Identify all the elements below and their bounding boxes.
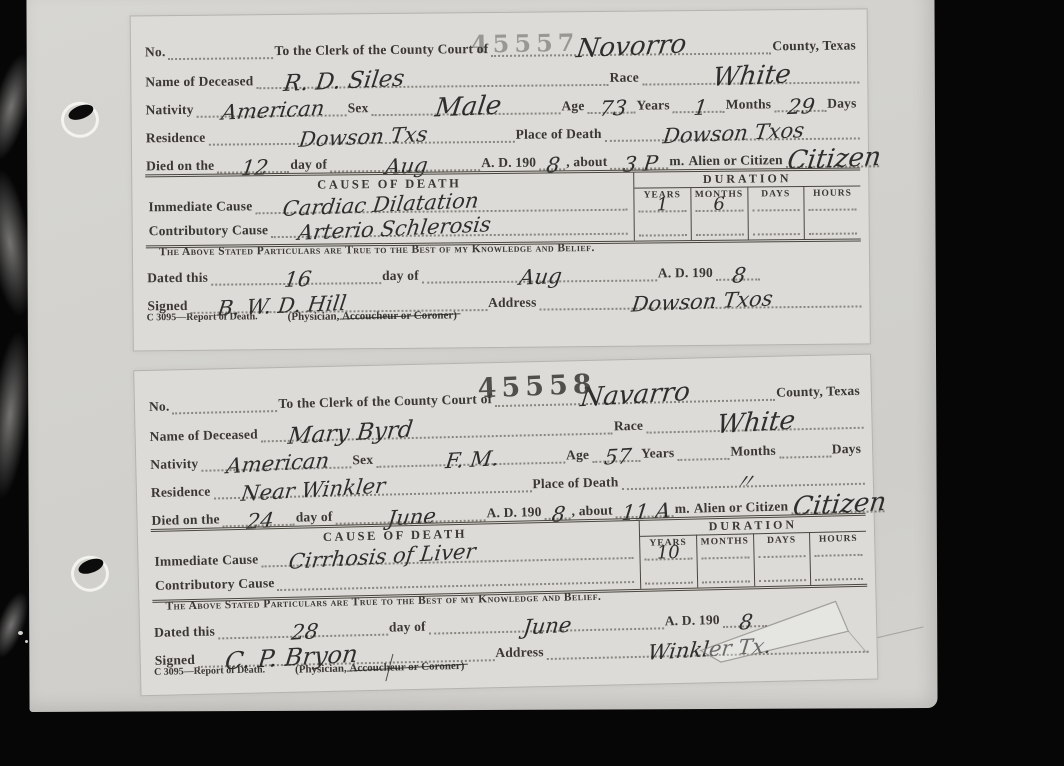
dated-year-line: 8	[716, 254, 760, 280]
physician-note-struck: Accoucheur or Coroner)	[342, 309, 457, 322]
handwritten-contributory-cause: Arterio Schlerosis	[297, 217, 492, 242]
duration-column: DURATION YEARS 10 MONTHS DAYS	[639, 516, 867, 589]
physician-note: (Physician, Accoucheur or Coroner)	[295, 660, 465, 676]
duration-cells: YEARS 10 MONTHS DAYS	[640, 531, 867, 589]
duration-hours-cell: HOURS	[809, 531, 867, 585]
cause-column: CAUSE OF DEATH Immediate Cause Cirrhosis…	[151, 521, 640, 600]
age-days-line	[778, 432, 831, 459]
scanned-page: No. To the Clerk of the County Court of …	[26, 0, 937, 712]
died-month-line: June	[335, 495, 486, 524]
about-label: , about	[565, 154, 610, 170]
months-column-header: MONTHS	[697, 533, 753, 547]
physician-note-prefix: (Physician,	[288, 310, 340, 322]
day-of-label: day of	[289, 157, 330, 173]
age-days-line: 29	[774, 86, 826, 112]
m-label: m.	[674, 501, 693, 517]
physician-note: (Physician, Accoucheur or Coroner)	[288, 309, 457, 323]
no-line	[172, 386, 278, 414]
age-years-line: 57	[592, 436, 641, 463]
dated-year-line: 8	[722, 601, 767, 628]
duration-months-cell: MONTHS 6	[690, 187, 747, 241]
no-line	[168, 33, 273, 60]
cause-duration-table: CAUSE OF DEATH Immediate Cause Cirrhosis…	[151, 513, 867, 603]
died-time-line: 3 P	[610, 143, 668, 170]
scanner-background: { "colors": { "background": "#060606", "…	[0, 0, 1064, 766]
days-column-header: DAYS	[754, 532, 810, 546]
duration-days-cell: DAYS	[753, 532, 811, 586]
no-label: No.	[144, 45, 169, 61]
contributory-cause-label: Contributory Cause	[148, 223, 272, 240]
no-label: No.	[148, 399, 173, 415]
cause-duration-table: CAUSE OF DEATH Immediate Cause Cardiac D…	[145, 167, 861, 248]
m-label: m.	[668, 154, 687, 170]
duration-months-cell: MONTHS	[696, 533, 754, 587]
duration-days-cell: DAYS	[747, 186, 804, 240]
death-report-card-2: No. To the Clerk of the County Court of …	[133, 354, 878, 697]
death-report-card-1: No. To the Clerk of the County Court of …	[130, 8, 871, 351]
died-on-the-label: Died on the	[145, 158, 217, 174]
stamped-certificate-number: 45558	[477, 369, 597, 405]
died-year-line: 8	[539, 144, 565, 170]
duration-column: DURATION YEARS 1 MONTHS 6 DAYS	[633, 170, 861, 240]
contributory-cause-label: Contributory Cause	[154, 576, 278, 594]
died-on-the-label: Died on the	[150, 512, 223, 529]
form-number: C 3095—Report of Death.	[147, 311, 258, 323]
duration-years-cell: YEARS 10	[640, 535, 697, 589]
cause-column: CAUSE OF DEATH Immediate Cause Cardiac D…	[145, 173, 634, 246]
punch-hole-bottom	[71, 556, 109, 592]
alien-or-citizen-label: Alien or Citizen	[687, 153, 786, 169]
citizen-line: Citizen	[791, 486, 884, 514]
died-year-line: 8	[544, 493, 571, 520]
duration-hours-cell: HOURS	[804, 185, 861, 239]
county-texas-label: County, Texas	[771, 38, 859, 54]
contributory-cause-line: Arterio Schlerosis	[271, 209, 628, 238]
hours-column-header: HOURS	[810, 531, 866, 545]
hours-column-header: HOURS	[805, 185, 861, 199]
dust-speck	[18, 631, 23, 635]
age-months-line: 1	[673, 87, 725, 113]
age-years-line: 73	[587, 88, 635, 114]
duration-cells: YEARS 1 MONTHS 6 DAYS	[634, 185, 860, 240]
died-month-line: Aug	[330, 145, 480, 172]
died-day-line: 12	[217, 147, 289, 174]
day-of-label: day of	[295, 509, 336, 525]
contributory-cause-row: Contributory Cause Arterio Schlerosis	[148, 211, 628, 240]
citizen-line: Citizen	[786, 141, 879, 168]
punch-hole-top	[61, 102, 99, 138]
stamped-certificate-number: 45557	[471, 28, 580, 59]
form-number: C 3095—Report of Death.	[154, 664, 265, 678]
immediate-cause-label: Immediate Cause	[147, 199, 255, 216]
duration-years-cell: YEARS 1	[634, 187, 690, 241]
ad-190-label: A. D. 190	[485, 505, 544, 522]
physician-note-prefix: (Physician,	[295, 663, 347, 676]
about-label: , about	[570, 503, 616, 520]
days-column-header: DAYS	[748, 186, 804, 200]
died-time-line: 11 A	[615, 491, 674, 518]
physician-note-struck: Accoucheur or Coroner)	[349, 660, 464, 675]
age-months-line	[677, 434, 730, 461]
died-day-line: 24	[222, 500, 295, 528]
ad-190-label: A. D. 190	[480, 155, 539, 171]
dust-speck	[25, 640, 28, 643]
